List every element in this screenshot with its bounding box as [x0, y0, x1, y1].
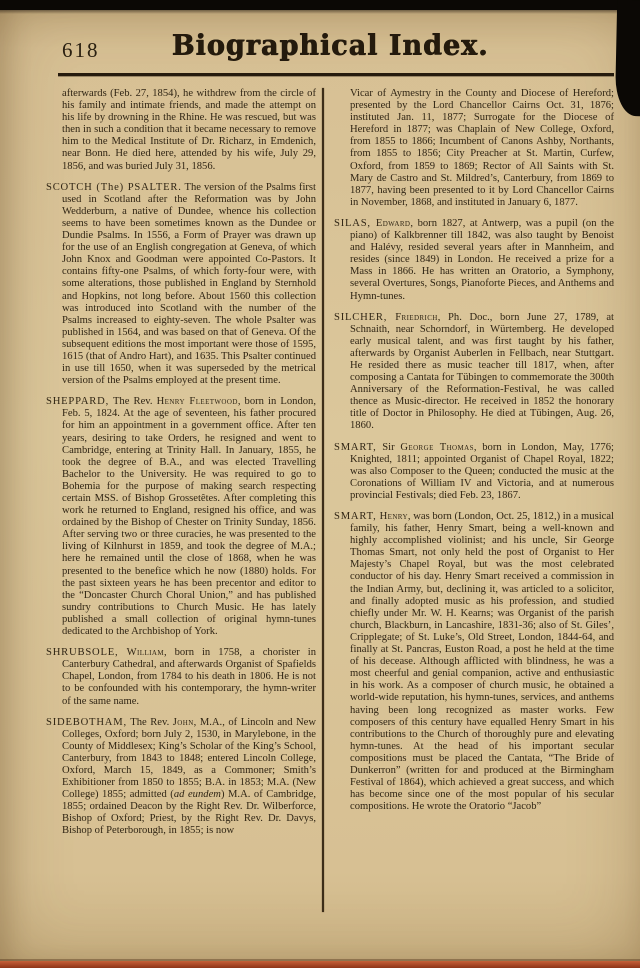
- entry-text: The Rev.: [109, 396, 157, 407]
- page-header: 618 Biographical Index.: [46, 30, 614, 72]
- entry-person-name: Friedrich: [387, 312, 438, 323]
- entry-headword: SHEPPARD,: [46, 396, 109, 407]
- continuation-paragraph: Vicar of Aymestry in the County and Dioc…: [334, 88, 614, 209]
- header-rule: [58, 73, 614, 76]
- entry-headword: SCOTCH (The) PSALTER.: [46, 182, 182, 193]
- entry-sidebotham: SIDEBOTHAM, The Rev. John, M.A., of Linc…: [46, 717, 316, 838]
- entry-text: , was born (London, Oct. 25, 1812,) in a…: [350, 511, 614, 812]
- continuation-paragraph: afterwards (Feb. 27, 1854), he withdrew …: [46, 88, 316, 173]
- page-title: Biographical Index.: [46, 29, 614, 61]
- entry-person-name: George Thomas: [400, 442, 473, 453]
- entry-person-name: John: [173, 717, 194, 728]
- entry-headword: SIDEBOTHAM,: [46, 717, 127, 728]
- right-column: Vicar of Aymestry in the County and Dioc…: [334, 88, 614, 912]
- entry-text: , born 1827, at Antwerp, was a pupil (on…: [350, 218, 614, 302]
- entry-smart-henry: SMART, Henry, was born (London, Oct. 25,…: [334, 511, 614, 813]
- entry-shrubsole: SHRUBSOLE, William, born in 1758, a chor…: [46, 647, 316, 707]
- text-columns: afterwards (Feb. 27, 1854), he withdrew …: [46, 88, 614, 912]
- entry-text: Sir: [377, 442, 401, 453]
- entry-headword: SILAS,: [334, 218, 371, 229]
- entry-headword: SMART,: [334, 442, 377, 453]
- scan-edge-bottom-cover: [0, 961, 640, 968]
- entry-text: , born in London, Feb. 5, 1824. At the a…: [62, 396, 316, 637]
- entry-person-name: Edward: [371, 218, 410, 229]
- entry-headword: SHRUBSOLE,: [46, 647, 118, 658]
- entry-text: Vicar of Aymestry in the County and Dioc…: [350, 88, 614, 208]
- entry-headword: SILCHER,: [334, 312, 387, 323]
- entry-headword: SMART,: [334, 511, 377, 522]
- entry-text: The version of the Psalms first used in …: [62, 182, 316, 387]
- entry-person-name: Henry Fleetwood: [157, 396, 238, 407]
- left-column: afterwards (Feb. 27, 1854), he withdrew …: [46, 88, 316, 912]
- entry-text: , M.A., of Lincoln and New Colleges, Oxf…: [62, 717, 316, 801]
- entry-latin-phrase: ad eundem: [174, 789, 221, 800]
- entry-silcher: SILCHER, Friedrich, Ph. Doc., born June …: [334, 312, 614, 433]
- entry-text: afterwards (Feb. 27, 1854), he withdrew …: [62, 88, 316, 172]
- entry-scotch-psalter: SCOTCH (The) PSALTER. The version of the…: [46, 182, 316, 388]
- entry-text: The Rev.: [127, 717, 173, 728]
- scan-edge-corner: [615, 0, 640, 116]
- entry-person-name: William: [118, 647, 163, 658]
- book-page: 618 Biographical Index. afterwards (Feb.…: [0, 0, 640, 968]
- column-divider-rule: [322, 88, 324, 912]
- entry-text: , Ph. Doc., born June 27, 1789, at Schna…: [350, 312, 614, 432]
- entry-sheppard: SHEPPARD, The Rev. Henry Fleetwood, born…: [46, 396, 316, 638]
- entry-silas: SILAS, Edward, born 1827, at Antwerp, wa…: [334, 218, 614, 303]
- scan-edge-top: [0, 0, 640, 10]
- entry-smart-george: SMART, Sir George Thomas, born in London…: [334, 442, 614, 502]
- entry-person-name: Henry: [377, 511, 408, 522]
